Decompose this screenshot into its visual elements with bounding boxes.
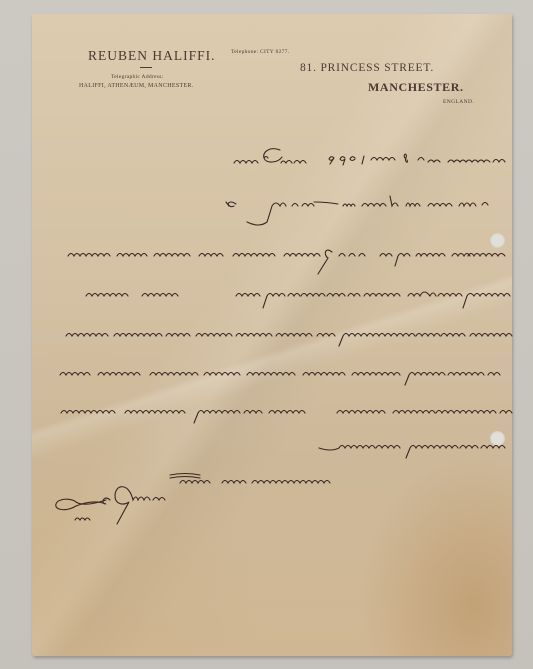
body-line-6 [319, 446, 505, 459]
salutation-line [226, 196, 488, 225]
body-line-1 [68, 250, 505, 274]
body-line-4 [60, 373, 500, 386]
closing-line [170, 474, 330, 484]
date-line [234, 149, 505, 165]
signature [56, 487, 165, 524]
handwriting-strokes [0, 0, 533, 669]
body-line-3 [66, 334, 512, 347]
body-line-5 [61, 411, 512, 424]
body-line-2 [86, 292, 510, 308]
